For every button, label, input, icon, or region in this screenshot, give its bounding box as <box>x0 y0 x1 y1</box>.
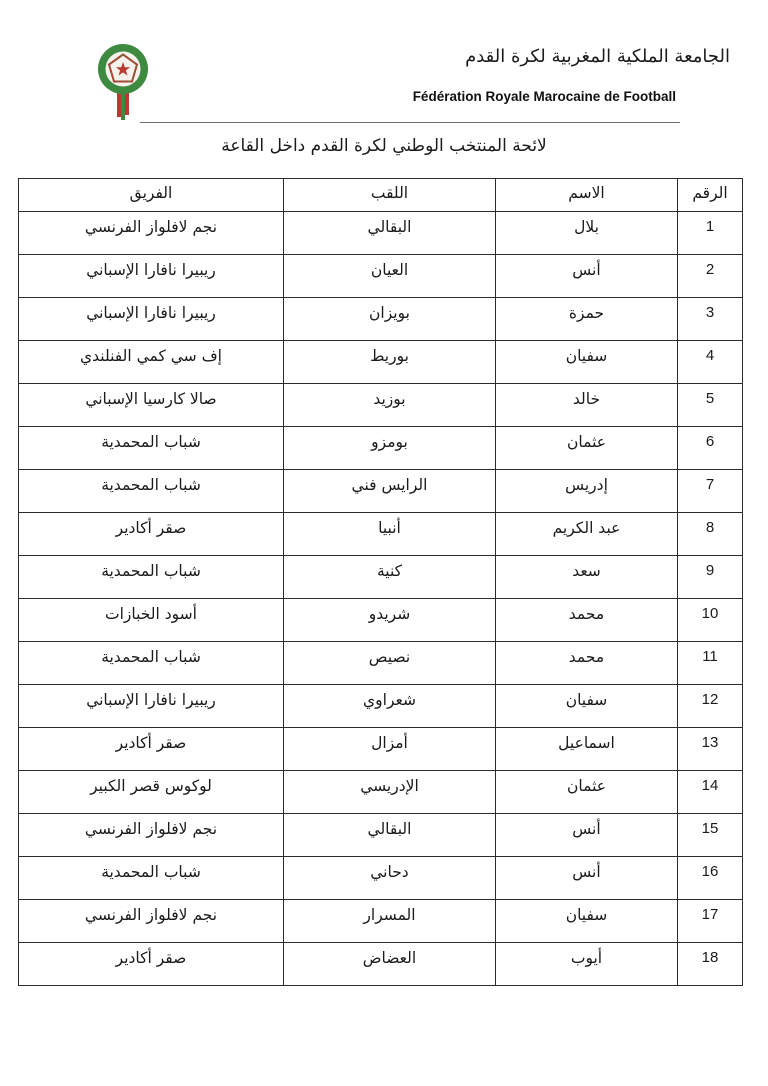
cell-team: شباب المحمدية <box>19 427 284 470</box>
table-row: 4سفيانبوريطإف سي كمي الفنلندي <box>19 341 743 384</box>
cell-number: 5 <box>678 384 743 427</box>
cell-name: اسماعيل <box>496 728 678 771</box>
table-row: 8عبد الكريمأنبياصقر أكادير <box>19 513 743 556</box>
cell-surname: البقالي <box>284 814 496 857</box>
cell-team: ريبيرا نافارا الإسباني <box>19 298 284 341</box>
cell-team: شباب المحمدية <box>19 642 284 685</box>
table-row: 6عثمانبومزوشباب المحمدية <box>19 427 743 470</box>
cell-surname: أنبيا <box>284 513 496 556</box>
cell-name: سفيان <box>496 900 678 943</box>
cell-team: صالا كارسيا الإسباني <box>19 384 284 427</box>
roster-table: الرقم الاسم اللقب الفريق 1بلالالبقالينجم… <box>18 178 743 986</box>
cell-name: سفيان <box>496 341 678 384</box>
cell-surname: بويزان <box>284 298 496 341</box>
cell-name: محمد <box>496 642 678 685</box>
cell-team: نجم لافلواز الفرنسي <box>19 212 284 255</box>
document-page: الجامعة الملكية المغربية لكرة القدم Fédé… <box>0 0 768 1086</box>
cell-number: 4 <box>678 341 743 384</box>
cell-surname: أمزال <box>284 728 496 771</box>
cell-name: بلال <box>496 212 678 255</box>
column-header-team: الفريق <box>19 179 284 212</box>
cell-surname: المسرار <box>284 900 496 943</box>
cell-number: 16 <box>678 857 743 900</box>
cell-team: ريبيرا نافارا الإسباني <box>19 255 284 298</box>
cell-surname: نصيص <box>284 642 496 685</box>
column-header-surname: اللقب <box>284 179 496 212</box>
table-row: 13اسماعيلأمزالصقر أكادير <box>19 728 743 771</box>
org-title-arabic: الجامعة الملكية المغربية لكرة القدم <box>465 46 730 67</box>
cell-surname: بوزيد <box>284 384 496 427</box>
cell-number: 15 <box>678 814 743 857</box>
cell-team: نجم لافلواز الفرنسي <box>19 814 284 857</box>
cell-surname: الإدريسي <box>284 771 496 814</box>
header-row: الرقم الاسم اللقب الفريق <box>19 179 743 212</box>
cell-number: 6 <box>678 427 743 470</box>
cell-name: سفيان <box>496 685 678 728</box>
cell-name: أنس <box>496 814 678 857</box>
cell-surname: كنية <box>284 556 496 599</box>
table-row: 1بلالالبقالينجم لافلواز الفرنسي <box>19 212 743 255</box>
cell-surname: بومزو <box>284 427 496 470</box>
cell-surname: الرايس فني <box>284 470 496 513</box>
cell-number: 2 <box>678 255 743 298</box>
table-row: 5خالدبوزيدصالا كارسيا الإسباني <box>19 384 743 427</box>
cell-number: 7 <box>678 470 743 513</box>
cell-surname: العضاض <box>284 943 496 986</box>
cell-number: 13 <box>678 728 743 771</box>
cell-team: شباب المحمدية <box>19 556 284 599</box>
table-row: 15أنسالبقالينجم لافلواز الفرنسي <box>19 814 743 857</box>
cell-surname: شريدو <box>284 599 496 642</box>
roster-table-head: الرقم الاسم اللقب الفريق <box>19 179 743 212</box>
cell-team: ريبيرا نافارا الإسباني <box>19 685 284 728</box>
cell-name: عبد الكريم <box>496 513 678 556</box>
cell-name: عثمان <box>496 427 678 470</box>
column-header-number: الرقم <box>678 179 743 212</box>
cell-team: صقر أكادير <box>19 513 284 556</box>
cell-name: سعد <box>496 556 678 599</box>
cell-number: 1 <box>678 212 743 255</box>
cell-number: 11 <box>678 642 743 685</box>
cell-team: شباب المحمدية <box>19 857 284 900</box>
table-row: 17سفيانالمسرارنجم لافلواز الفرنسي <box>19 900 743 943</box>
cell-team: أسود الخبازات <box>19 599 284 642</box>
table-row: 10محمدشريدوأسود الخبازات <box>19 599 743 642</box>
table-row: 9سعدكنيةشباب المحمدية <box>19 556 743 599</box>
org-title-french: Fédération Royale Marocaine de Football <box>413 89 676 104</box>
frmf-crest-icon <box>96 42 150 122</box>
roster-table-body: 1بلالالبقالينجم لافلواز الفرنسي2أنسالعيا… <box>19 212 743 986</box>
cell-name: خالد <box>496 384 678 427</box>
header-divider <box>140 122 680 123</box>
cell-name: أنس <box>496 857 678 900</box>
cell-number: 9 <box>678 556 743 599</box>
cell-number: 3 <box>678 298 743 341</box>
cell-number: 17 <box>678 900 743 943</box>
cell-team: صقر أكادير <box>19 943 284 986</box>
cell-name: حمزة <box>496 298 678 341</box>
cell-name: عثمان <box>496 771 678 814</box>
table-row: 14عثمانالإدريسيلوكوس قصر الكبير <box>19 771 743 814</box>
cell-team: لوكوس قصر الكبير <box>19 771 284 814</box>
column-header-name: الاسم <box>496 179 678 212</box>
table-row: 12سفيانشعراويريبيرا نافارا الإسباني <box>19 685 743 728</box>
table-row: 7إدريسالرايس فنيشباب المحمدية <box>19 470 743 513</box>
cell-team: شباب المحمدية <box>19 470 284 513</box>
cell-team: صقر أكادير <box>19 728 284 771</box>
cell-number: 8 <box>678 513 743 556</box>
table-row: 2أنسالعيانريبيرا نافارا الإسباني <box>19 255 743 298</box>
cell-team: نجم لافلواز الفرنسي <box>19 900 284 943</box>
cell-team: إف سي كمي الفنلندي <box>19 341 284 384</box>
table-row: 18أيوبالعضاضصقر أكادير <box>19 943 743 986</box>
table-row: 11محمدنصيصشباب المحمدية <box>19 642 743 685</box>
cell-surname: شعراوي <box>284 685 496 728</box>
cell-surname: العيان <box>284 255 496 298</box>
page-title: لائحة المنتخب الوطني لكرة القدم داخل الق… <box>0 136 768 156</box>
table-row: 16أنسدحانيشباب المحمدية <box>19 857 743 900</box>
cell-surname: البقالي <box>284 212 496 255</box>
cell-surname: بوريط <box>284 341 496 384</box>
cell-name: أنس <box>496 255 678 298</box>
cell-surname: دحاني <box>284 857 496 900</box>
cell-number: 12 <box>678 685 743 728</box>
cell-name: محمد <box>496 599 678 642</box>
cell-name: أيوب <box>496 943 678 986</box>
cell-number: 14 <box>678 771 743 814</box>
table-row: 3حمزةبويزانريبيرا نافارا الإسباني <box>19 298 743 341</box>
cell-number: 18 <box>678 943 743 986</box>
cell-number: 10 <box>678 599 743 642</box>
cell-name: إدريس <box>496 470 678 513</box>
